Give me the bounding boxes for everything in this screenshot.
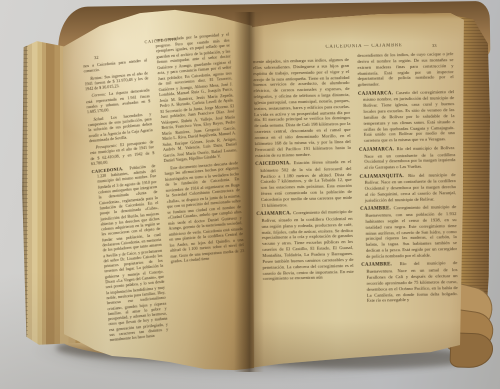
entry-term: CAJAMBRE. xyxy=(360,207,394,213)
right-running-head: CAICEDONIA — CAJAMBRE xyxy=(284,42,444,50)
entry-text: Población de 1.220 habitantes, además de… xyxy=(97,163,169,343)
right-page-column-1: mente alejados, sin embargo sus indios, … xyxy=(253,57,355,339)
entry-paragraph: CAJAMANQUITA. Río del municipio de Bolív… xyxy=(360,172,457,204)
entry-paragraph: Este documento inexacto descarta desde l… xyxy=(164,160,245,265)
left-page-number: 32 xyxy=(94,55,99,60)
entry-paragraph: mente alejados, sin embargo sus indios, … xyxy=(253,57,351,158)
entry-paragraph: CAJAMBRE. Río del municipio de Buenavent… xyxy=(361,260,458,304)
book-photo: CAICEDONIA — CAJAMBRE 33 mente alejados,… xyxy=(0,0,500,389)
left-page-column-1: nos a Caicedonia para atender al comerci… xyxy=(83,57,169,344)
right-page: CAICEDONIA — CAJAMBRE 33 mente alejados,… xyxy=(244,12,466,370)
entry-paragraph: Presupuesto: El presupuesto de este muni… xyxy=(90,139,155,166)
entry-paragraph: descendientes de los indios, de cuyo cac… xyxy=(357,51,454,88)
entry-text: Este documento inexacto descarta desde l… xyxy=(164,160,244,264)
entry-text: El presupuesto de este municipio en el a… xyxy=(90,139,155,166)
entry-paragraph: CAICEDONIA. Estación férrea situada en e… xyxy=(255,159,352,209)
entry-text: Corregimiento del municipio de Buenavent… xyxy=(365,204,457,258)
entry-paragraph: CAJAMBRE. Corregimiento del municipio de… xyxy=(360,204,457,259)
entry-term: CAJAMBRE. xyxy=(361,263,400,269)
entry-paragraph: CAJAMARCA. Corregimiento del municipio d… xyxy=(256,209,354,282)
cover-board-edge xyxy=(18,38,28,346)
right-page-column-2: descendientes de los indios, de cuyo cac… xyxy=(357,51,459,345)
left-page: CAICEDONIA 32 nos a Caicedonia para aten… xyxy=(56,8,256,372)
entry-term: CAJAMARCA. xyxy=(358,91,396,97)
right-page-number: 33 xyxy=(432,43,437,48)
entry-paragraph: Salud: Los hacendados y campesinos de es… xyxy=(87,111,153,144)
entry-text: La riqueza demostrada está representada … xyxy=(86,88,151,115)
entry-text: Corregimiento del municipio de Bolívar, … xyxy=(261,209,353,281)
left-page-column-2: vara comandada por la prosperidad y el p… xyxy=(155,31,251,352)
entry-paragraph: vara comandada por la prosperidad y el p… xyxy=(155,31,238,163)
entry-paragraph: CAICEDONIA. Población de 1.220 habitante… xyxy=(91,163,168,343)
entry-text: Caserío del corregimiento del mismo nomb… xyxy=(363,89,455,143)
entry-paragraph: CAJAMARCA. Río del municipio de Bolívar.… xyxy=(359,145,455,171)
entry-paragraph: CAJAMARCA. Caserío del corregimiento del… xyxy=(358,89,455,144)
entry-term: CAJAMARCA. xyxy=(359,147,397,153)
entry-text: mente alejados, sin embargo sus indios, … xyxy=(253,57,351,158)
entry-text: descendientes de los indios, de cuyo cac… xyxy=(357,51,454,87)
entry-text: vara comandada por la prosperidad y el p… xyxy=(155,31,237,162)
